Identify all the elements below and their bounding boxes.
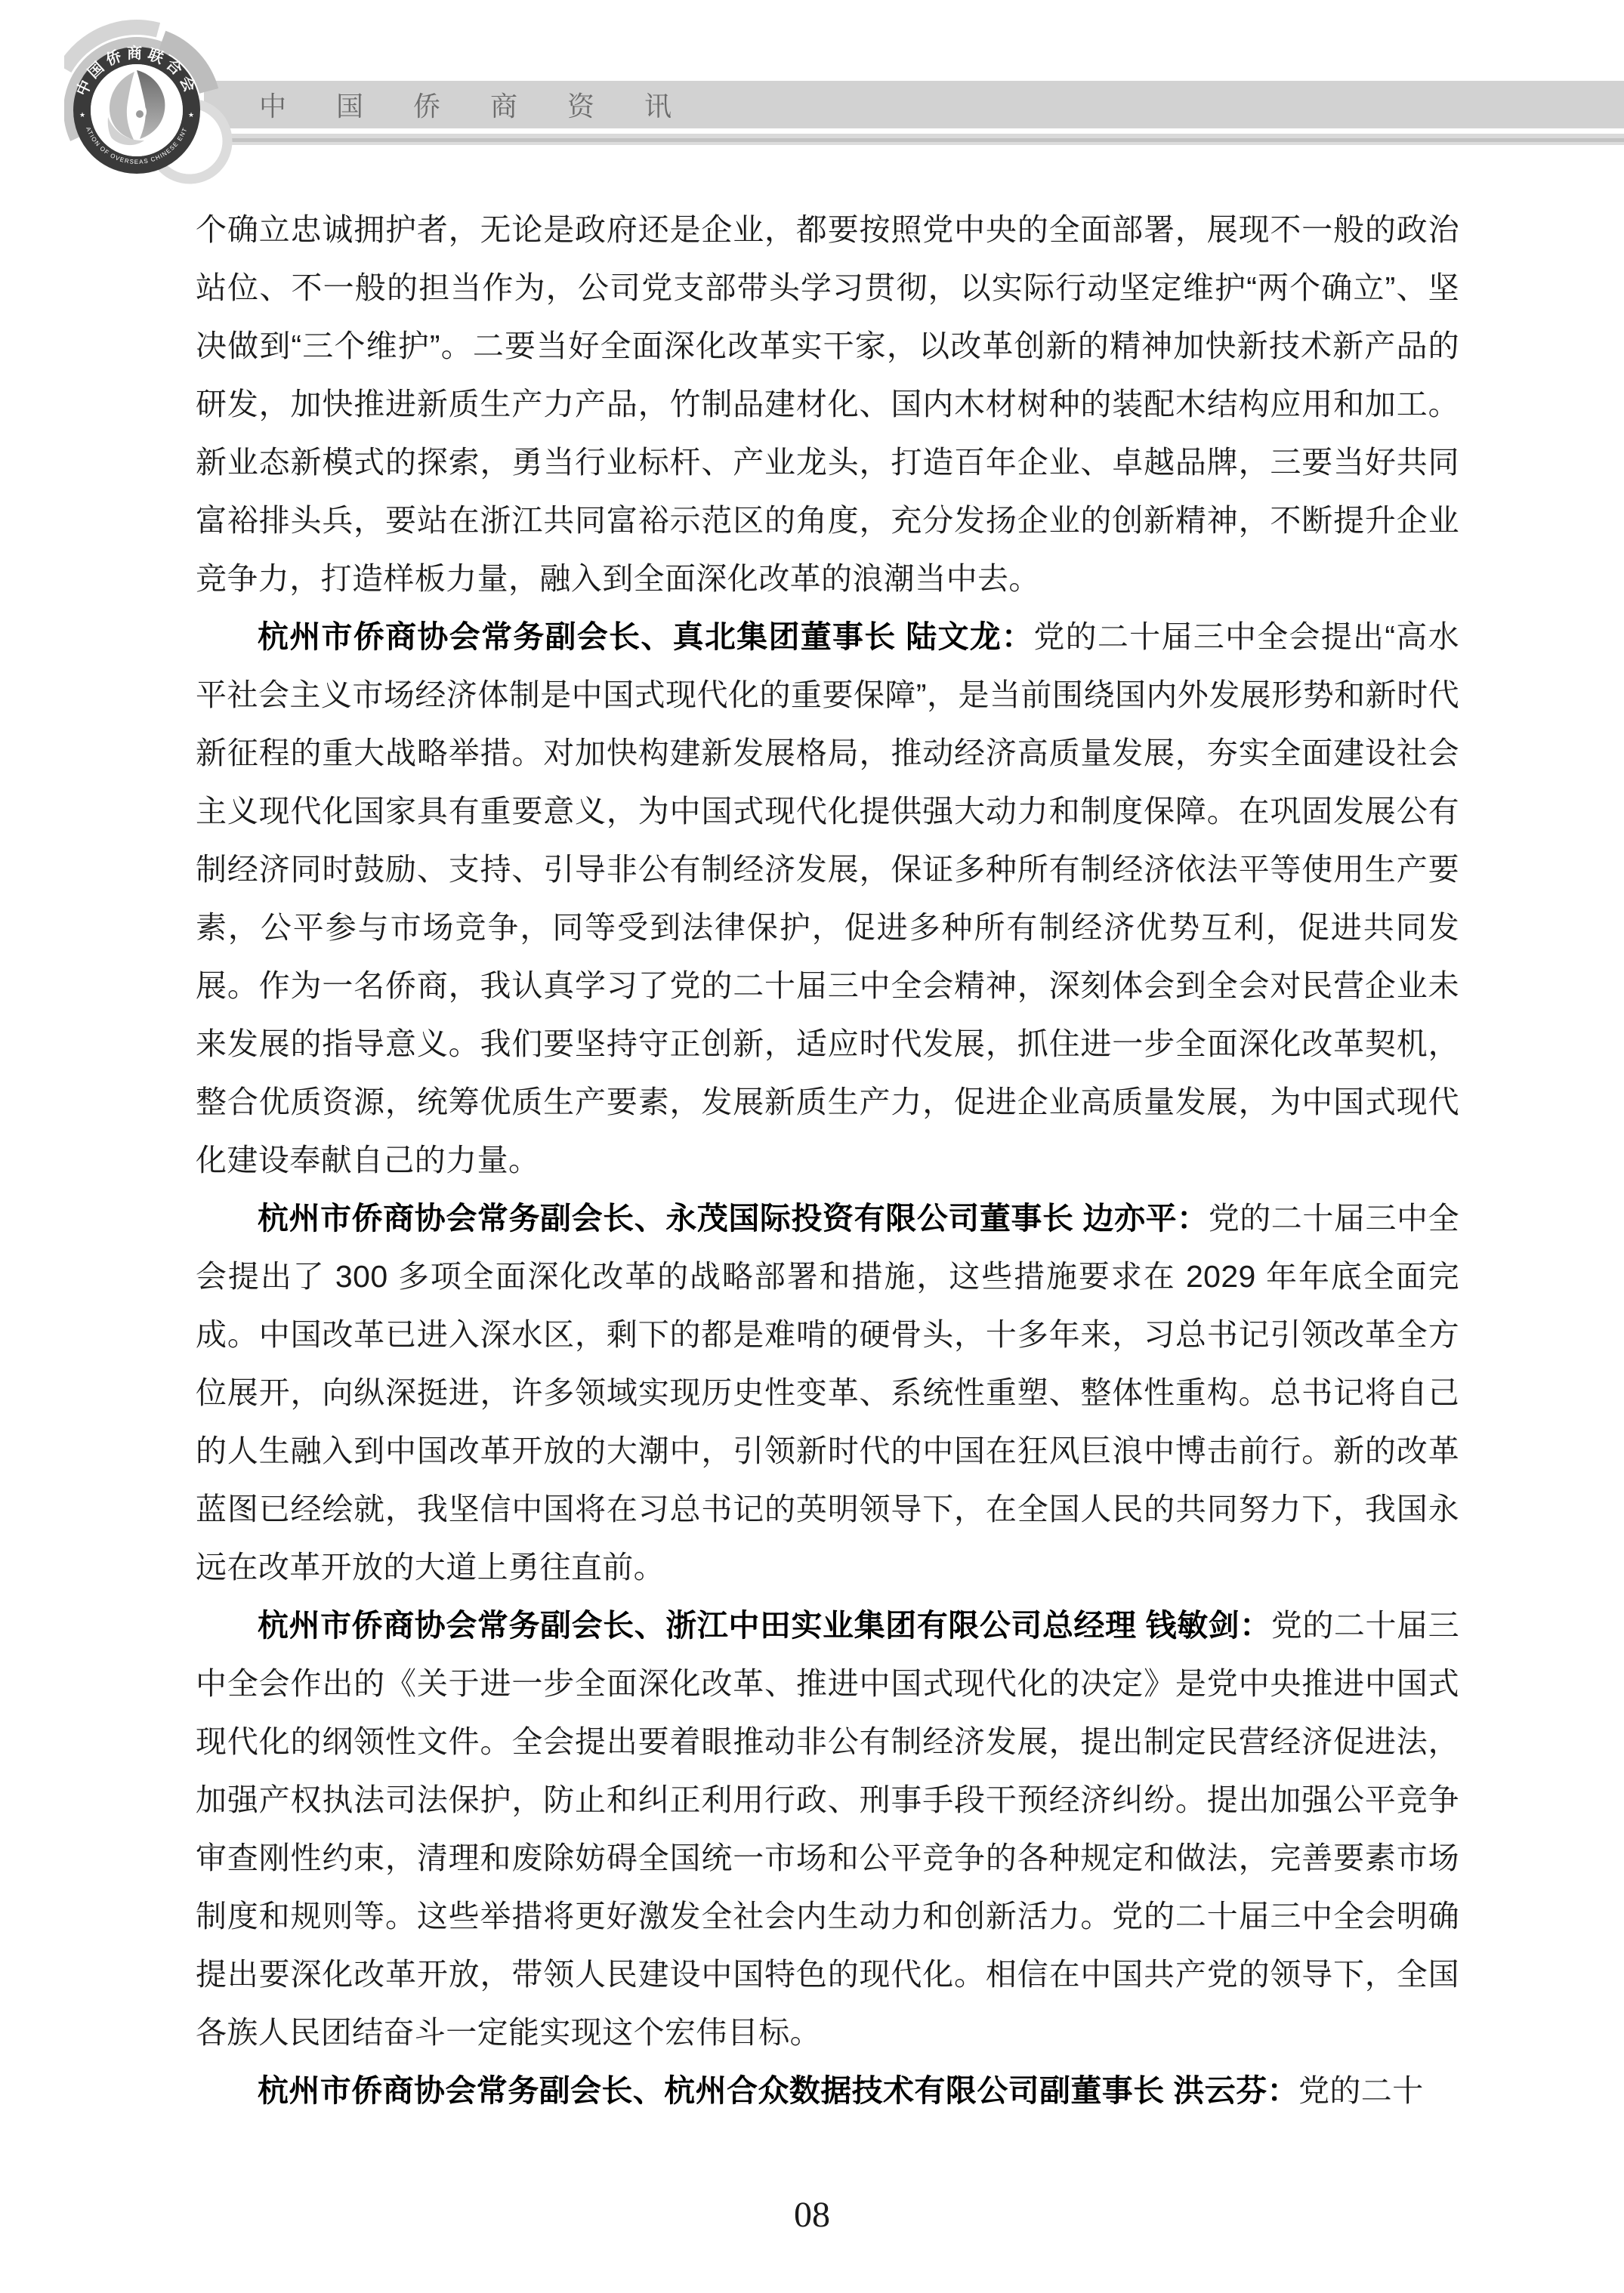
logo-star-right-icon: ★ [188, 111, 194, 119]
paragraph-text: 党的二十届三中全会提出“高水平社会主义市场经济体制是中国式现代化的重要保障”，是… [196, 619, 1459, 1177]
speaker-title: 杭州市侨商协会常务副会长、浙江中田实业集团有限公司总经理 钱敏剑： [258, 1608, 1271, 1643]
logo-star-left-icon: ★ [79, 111, 85, 119]
article-body: 个确立忠诚拥护者，无论是政府还是企业，都要按照党中央的全面部署，展现不一般的政治… [196, 201, 1459, 2120]
paragraph-text: 个确立忠诚拥护者，无论是政府还是企业，都要按照党中央的全面部署，展现不一般的政治… [196, 212, 1459, 596]
paragraph-text: 党的二十届三中全会作出的《关于进一步全面深化改革、推进中国式现代化的决定》是党中… [196, 1608, 1459, 2050]
page-number: 08 [0, 2194, 1624, 2236]
speaker-title: 杭州市侨商协会常务副会长、真北集团董事长 陆文龙： [258, 619, 1033, 654]
paragraph-text: 党的二十届三中全会提出了 300 多项全面深化改革的战略部署和措施，这些措施要求… [196, 1201, 1459, 1585]
paragraph: 杭州市侨商协会常务副会长、浙江中田实业集团有限公司总经理 钱敏剑：党的二十届三中… [196, 1597, 1459, 2062]
header-stripe-light-2 [204, 142, 1624, 145]
association-logo: 中国侨商联合会 CHINA FEDERATION OF OVERSEAS CHI… [64, 4, 321, 193]
paragraph: 个确立忠诚拥护者，无论是政府还是企业，都要按照党中央的全面部署，展现不一般的政治… [196, 201, 1459, 608]
paragraph: 杭州市侨商协会常务副会长、真北集团董事长 陆文龙：党的二十届三中全会提出“高水平… [196, 608, 1459, 1190]
paragraph: 杭州市侨商协会常务副会长、永茂国际投资有限公司董事长 边亦平：党的二十届三中全会… [196, 1190, 1459, 1597]
paragraph: 杭州市侨商协会常务副会长、杭州合众数据技术有限公司副董事长 洪云芬：党的二十 [196, 2062, 1459, 2120]
paragraph-text: 党的二十 [1298, 2073, 1424, 2108]
magazine-page: { "header": { "banner_title": "中国侨商资讯", … [0, 0, 1624, 2293]
speaker-title: 杭州市侨商协会常务副会长、杭州合众数据技术有限公司副董事长 洪云芬： [258, 2073, 1298, 2108]
banner-title: 中国侨商资讯 [259, 81, 721, 128]
speaker-title: 杭州市侨商协会常务副会长、永茂国际投资有限公司董事长 边亦平： [258, 1201, 1209, 1236]
